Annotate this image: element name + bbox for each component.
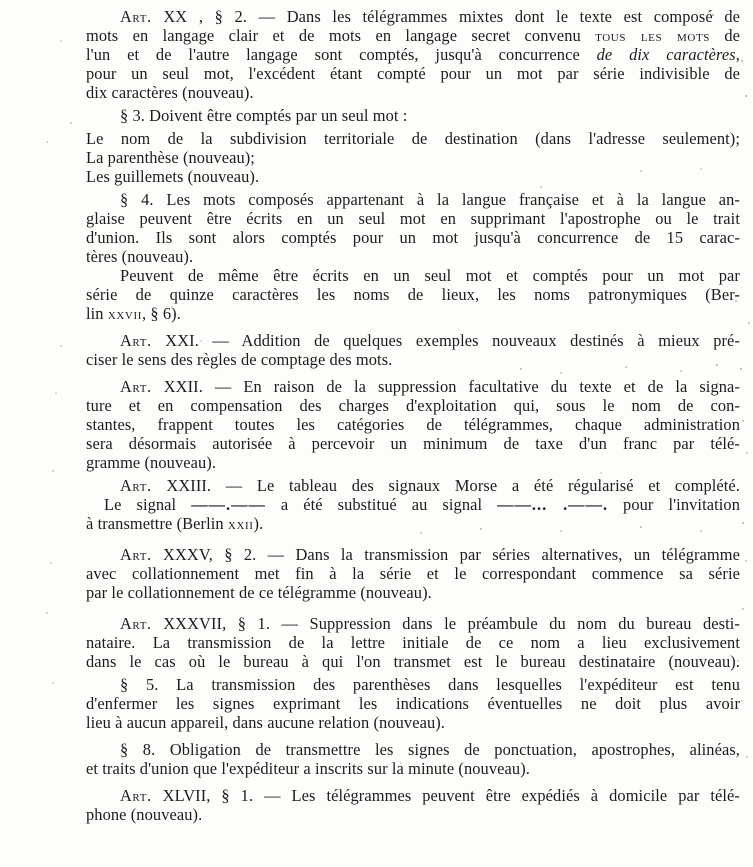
text-run: stantes, frappent toutes les catégories …	[86, 415, 740, 434]
text-run: mots en langage clair et de mots en lang…	[86, 26, 595, 45]
text-run: par le collationnement de ce télégramme …	[86, 583, 432, 602]
text-run: Le nom de la subdivision territoriale de…	[86, 129, 740, 148]
text-line: série de quinze caractères les noms de l…	[86, 285, 740, 304]
text-run: lin	[86, 304, 108, 323]
text-run: nataire. La transmission de la lettre in…	[86, 633, 740, 652]
text-run: Peuvent de même être écrits en un seul m…	[120, 266, 740, 285]
text-run: , § 6).	[142, 304, 181, 323]
text-run: dans le cas où le bureau à qui l'on tran…	[86, 652, 740, 671]
text-line: § 8. Obligation de transmettre les signe…	[86, 740, 740, 759]
text-run: La parenthèse (nouveau);	[86, 148, 255, 167]
text-run: d'union. Ils sont alors comptés pour un …	[86, 228, 740, 247]
text-line: dix caractères (nouveau).	[86, 83, 740, 102]
text-run: XX , § 2. — Dans les télégrammes mixtes …	[152, 7, 740, 26]
text-line: nataire. La transmission de la lettre in…	[86, 633, 740, 652]
paragraph: Peuvent de même être écrits en un seul m…	[86, 266, 740, 323]
text-run: XLVII, § 1. — Les télégrammes peuvent êt…	[152, 786, 740, 805]
text-run: de	[710, 26, 740, 45]
text-run: Le signal	[104, 495, 191, 514]
text-run: Art.	[120, 545, 152, 564]
text-run: § 4. Les mots composés appartenant à la …	[120, 190, 740, 209]
text-line: phone (nouveau).	[86, 805, 740, 824]
paragraph: Art. XXXVII, § 1. — Suppression dans le …	[86, 614, 740, 671]
text-run: lieu à aucun appareil, dans aucune relat…	[86, 713, 445, 732]
page-text: Art. XX , § 2. — Dans les télégrammes mi…	[86, 7, 740, 824]
text-run: d'enfermer les signes exprimant les indi…	[86, 694, 740, 713]
text-run: ,	[736, 45, 740, 64]
text-line: Art. XXI. — Addition de quelques exemple…	[86, 331, 740, 350]
text-run: § 5. La transmission des parenthèses dan…	[120, 675, 740, 694]
text-run: ).	[254, 514, 264, 533]
paragraph: Art. XXXV, § 2. — Dans la transmission p…	[86, 545, 740, 602]
paragraph: § 4. Les mots composés appartenant à la …	[86, 190, 740, 266]
text-run: XXIII. — Le tableau des signaux Morse a …	[152, 476, 740, 495]
text-run: tous les mots	[595, 26, 710, 45]
text-line: gramme (nouveau).	[86, 453, 740, 472]
text-run: Art.	[120, 614, 152, 633]
text-line: La parenthèse (nouveau);	[86, 148, 740, 167]
text-line: Art. XX , § 2. — Dans les télégrammes mi…	[86, 7, 740, 26]
text-line: d'union. Ils sont alors comptés pour un …	[86, 228, 740, 247]
text-run: gramme (nouveau).	[86, 453, 216, 472]
paragraph: Art. XXI. — Addition de quelques exemple…	[86, 331, 740, 369]
text-line: § 5. La transmission des parenthèses dan…	[86, 675, 740, 694]
text-line: § 3. Doivent être comptés par un seul mo…	[86, 106, 740, 125]
text-run: XXII. — En raison de la suppression facu…	[152, 377, 740, 396]
text-run: dix caractères (nouveau).	[86, 83, 254, 102]
text-run: pour un seul mot, l'excédent étant compt…	[86, 64, 740, 83]
morse-signal: ——.——	[191, 495, 266, 514]
paragraph: Art. XXIII. — Le tableau des signaux Mor…	[86, 476, 740, 495]
text-line: d'enfermer les signes exprimant les indi…	[86, 694, 740, 713]
text-run: et traits d'union que l'expéditeur a ins…	[86, 759, 530, 778]
text-run: xxvii	[108, 304, 142, 323]
text-run: ture et en compensation des charges d'ex…	[86, 396, 740, 415]
text-line: § 4. Les mots composés appartenant à la …	[86, 190, 740, 209]
text-line: lieu à aucun appareil, dans aucune relat…	[86, 713, 740, 732]
text-line: Art. XXXVII, § 1. — Suppression dans le …	[86, 614, 740, 633]
text-run: phone (nouveau).	[86, 805, 202, 824]
text-line: Les guillemets (nouveau).	[86, 167, 740, 186]
text-run: xxii	[228, 514, 254, 533]
scan-page: Art. XX , § 2. — Dans les télégrammes mi…	[0, 0, 753, 867]
paragraph: § 5. La transmission des parenthèses dan…	[86, 675, 740, 732]
paragraph: Art. XX , § 2. — Dans les télégrammes mi…	[86, 7, 740, 102]
text-run: a été substitué au signal	[266, 495, 497, 514]
text-run: Les guillemets (nouveau).	[86, 167, 259, 186]
text-run: l'un et de l'autre langage sont comptés,…	[86, 45, 597, 64]
text-run: glaise peuvent être écrits en un seul mo…	[86, 209, 740, 228]
paragraph: § 3. Doivent être comptés par un seul mo…	[86, 106, 740, 125]
text-run: série de quinze caractères les noms de l…	[86, 285, 740, 304]
paragraph: Le signal ——.—— a été substitué au signa…	[86, 495, 740, 533]
text-line: Art. XXII. — En raison de la suppression…	[86, 377, 740, 396]
text-line: ture et en compensation des charges d'ex…	[86, 396, 740, 415]
text-run: § 3. Doivent être comptés par un seul mo…	[120, 106, 407, 125]
text-line: glaise peuvent être écrits en un seul mo…	[86, 209, 740, 228]
text-line: à transmettre (Berlin xxii).	[86, 514, 740, 533]
text-run: avec collationnement met fin à la série …	[86, 564, 740, 583]
text-line: sera désormais autorisée à percevoir un …	[86, 434, 740, 453]
text-line: et traits d'union que l'expéditeur a ins…	[86, 759, 740, 778]
text-run: § 8. Obligation de transmettre les signe…	[120, 740, 740, 759]
text-run: XXI. — Addition de quelques exemples nou…	[152, 331, 740, 350]
paragraph: Le nom de la subdivision territoriale de…	[86, 129, 740, 186]
text-line: Art. XXIII. — Le tableau des signaux Mor…	[86, 476, 740, 495]
text-run: Art.	[120, 786, 152, 805]
text-line: Le nom de la subdivision territoriale de…	[86, 129, 740, 148]
text-line: stantes, frappent toutes les catégories …	[86, 415, 740, 434]
text-line: pour un seul mot, l'excédent étant compt…	[86, 64, 740, 83]
text-run: tères (nouveau).	[86, 247, 193, 266]
paragraph: § 8. Obligation de transmettre les signe…	[86, 740, 740, 778]
text-run: pour l'invitation	[608, 495, 740, 514]
text-line: Le signal ——.—— a été substitué au signa…	[86, 495, 740, 514]
text-line: l'un et de l'autre langage sont comptés,…	[86, 45, 740, 64]
scan-noise	[0, 0, 2, 2]
text-line: par le collationnement de ce télégramme …	[86, 583, 740, 602]
text-run: Art.	[120, 377, 152, 396]
text-line: mots en langage clair et de mots en lang…	[86, 26, 740, 45]
text-line: Art. XXXV, § 2. — Dans la transmission p…	[86, 545, 740, 564]
text-line: dans le cas où le bureau à qui l'on tran…	[86, 652, 740, 671]
text-run: XXXV, § 2. — Dans la transmission par sé…	[152, 545, 740, 564]
text-run: ciser le sens des règles de comptage des…	[86, 350, 392, 369]
text-line: avec collationnement met fin à la série …	[86, 564, 740, 583]
text-run: Art.	[120, 476, 152, 495]
paragraph: Art. XXII. — En raison de la suppression…	[86, 377, 740, 472]
text-line: lin xxvii, § 6).	[86, 304, 740, 323]
text-line: ciser le sens des règles de comptage des…	[86, 350, 740, 369]
text-run: Art.	[120, 331, 152, 350]
morse-signal: ——... .——.	[497, 495, 608, 514]
text-line: Peuvent de même être écrits en un seul m…	[86, 266, 740, 285]
paragraph: Art. XLVII, § 1. — Les télégrammes peuve…	[86, 786, 740, 824]
text-line: tères (nouveau).	[86, 247, 740, 266]
text-run: XXXVII, § 1. — Suppression dans le préam…	[152, 614, 740, 633]
text-run: de dix caractères	[597, 45, 736, 64]
text-line: Art. XLVII, § 1. — Les télégrammes peuve…	[86, 786, 740, 805]
text-run: à transmettre (Berlin	[86, 514, 228, 533]
text-run: sera désormais autorisée à percevoir un …	[86, 434, 740, 453]
text-run: Art.	[120, 7, 152, 26]
